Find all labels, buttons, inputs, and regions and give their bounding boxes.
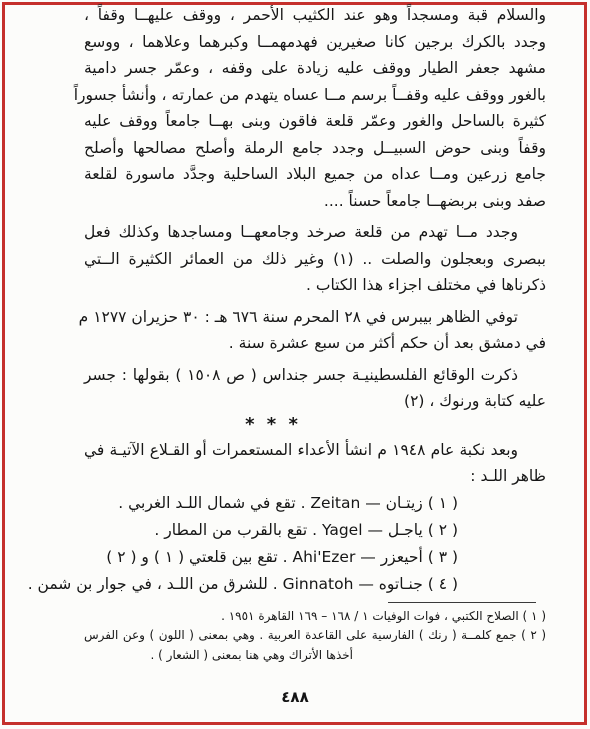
text-line: توفي الظاهر بيبرس في ٢٨ المحرم سنة ٦٧٦ ه…: [84, 304, 546, 331]
footnote-line: أخذها الأتراك وهي هنا بمعنى ( الشعار ) .: [84, 646, 546, 666]
text-line: وجدد بالكرك برجين كانا صغيرين فهدمهمــا …: [84, 29, 546, 56]
text-line: والسلام قبة ومسجداً وهو عند الكثيب الأحم…: [84, 2, 546, 29]
paragraph-2: وجدد مــا تهدم من قلعة صرخد وجامعهــا وم…: [84, 219, 546, 299]
footnote-line: ( ١ ) الصلاح الكتبي ، فوات الوفيات ١ / ١…: [84, 607, 546, 627]
text-line: جامع زرعين ومــا عداه من جميع البلاد الس…: [84, 161, 546, 188]
text-line: ببصرى وبعجلون والصلت .. (١) وغير ذلك من …: [84, 246, 546, 273]
paragraph-5: وبعد نكبة عام ١٩٤٨ م انشأ الأعداء المستع…: [84, 437, 546, 490]
text-line: وقفاً وبنى حوض السبيــل وجدد جامع الرملة…: [84, 135, 546, 162]
list-item: ( ٣ ) أحيعزر — Ahi'Ezer . تقع بين قلعتي …: [84, 544, 546, 571]
text-line: صفد وبنى بربضهــا جامعاً حسناً ....: [84, 188, 546, 215]
text-line: في دمشق بعد أن حكم أكثر من سبع عشرة سنة …: [84, 330, 546, 357]
text-line: بالغور ووقف عليه وقفــاً برسم مــا عساه …: [84, 82, 546, 109]
footnote-line: ( ٢ ) جمع كلمــة ( رنك ) الفارسية على ال…: [84, 626, 546, 646]
page-number: ٤٨٨: [0, 688, 590, 706]
forts-numbered-list: ( ١ ) زيتـان — Zeitan . تقع في شمال اللـ…: [84, 490, 546, 598]
footnote-divider-rule: [388, 602, 536, 603]
section-separator-asterisks: * * *: [84, 415, 546, 437]
text-line: مشهد جعفر الطيار ووقف عليه زيادة على وقف…: [84, 55, 546, 82]
text-line: ذكرت الوقائع الفلسطينيـة جسر جنداس ( ص ١…: [84, 362, 546, 389]
text-line: ظاهر اللـد :: [84, 463, 546, 490]
list-item: ( ٢ ) ياجـل — Yagel . تقع بالقرب من المط…: [84, 517, 546, 544]
list-item: ( ٤ ) جنـاتوه — Ginnatoh . للشرق من اللـ…: [84, 571, 546, 598]
paragraph-1: والسلام قبة ومسجداً وهو عند الكثيب الأحم…: [84, 2, 546, 214]
paragraph-3: توفي الظاهر بيبرس في ٢٨ المحرم سنة ٦٧٦ ه…: [84, 304, 546, 357]
footnotes-block: ( ١ ) الصلاح الكتبي ، فوات الوفيات ١ / ١…: [84, 607, 546, 666]
text-line: ذكرناها في مختلف اجزاء هذا الكتاب .: [84, 272, 546, 299]
scanned-book-page: والسلام قبة ومسجداً وهو عند الكثيب الأحم…: [0, 0, 590, 729]
list-item: ( ١ ) زيتـان — Zeitan . تقع في شمال اللـ…: [84, 490, 546, 517]
text-line: كثيرة بالساحل والغور وعمّر قلعة فاقون وب…: [84, 108, 546, 135]
text-line: وبعد نكبة عام ١٩٤٨ م انشأ الأعداء المستع…: [84, 437, 546, 464]
text-line: وجدد مــا تهدم من قلعة صرخد وجامعهــا وم…: [84, 219, 546, 246]
page-text-block: والسلام قبة ومسجداً وهو عند الكثيب الأحم…: [84, 2, 546, 665]
text-line: عليه كتابة ورنوك ، (٢): [84, 388, 546, 415]
paragraph-4: ذكرت الوقائع الفلسطينيـة جسر جنداس ( ص ١…: [84, 362, 546, 415]
